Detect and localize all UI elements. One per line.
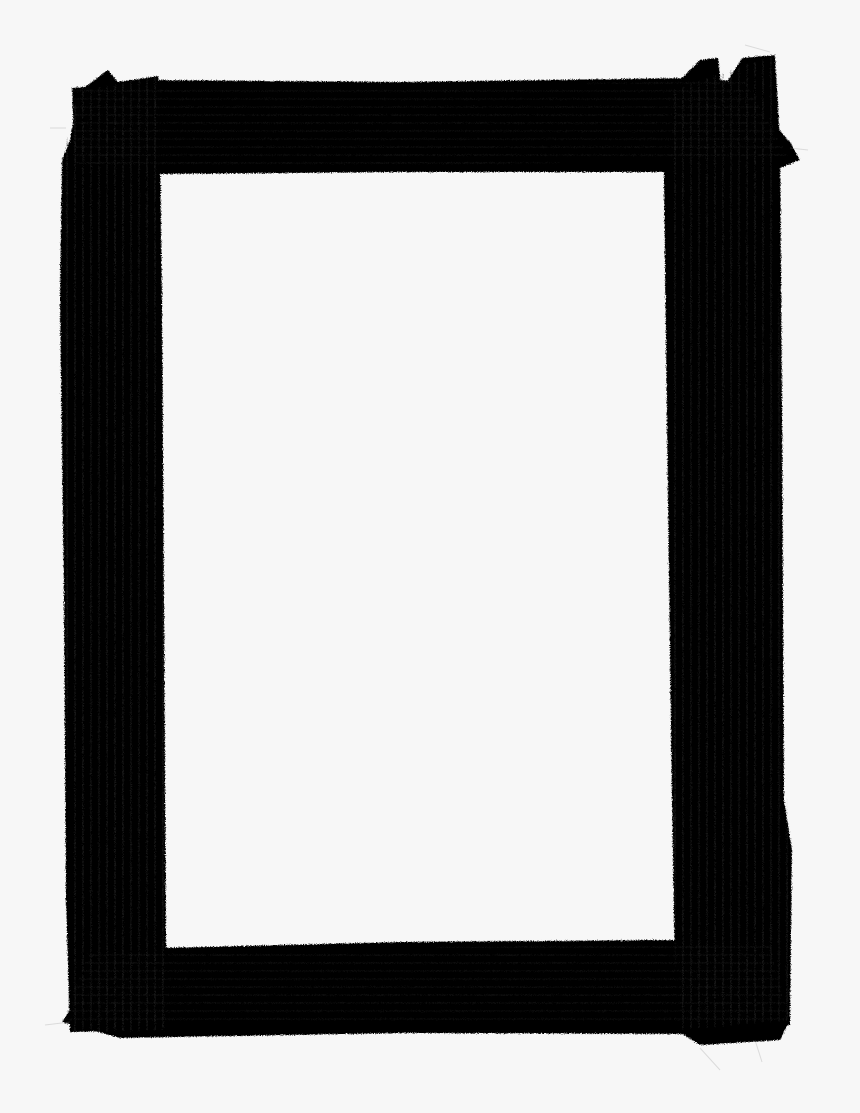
grunge-frame [0, 0, 860, 1113]
canvas [0, 0, 860, 1113]
